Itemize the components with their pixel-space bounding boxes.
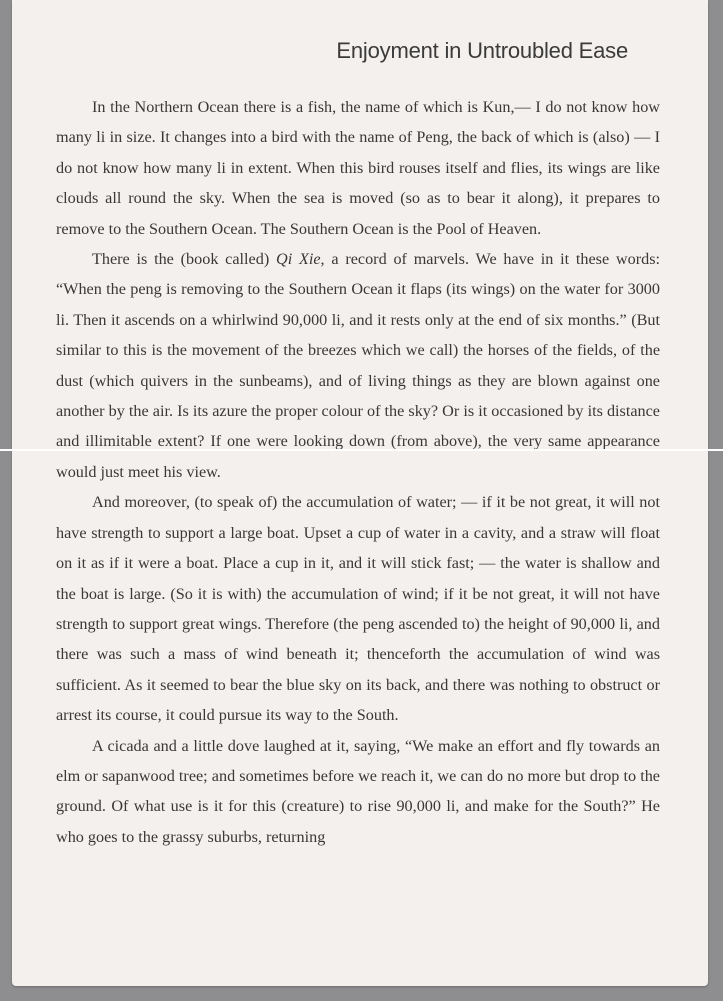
body-text: In the Northern Ocean there is a fish, t…: [56, 92, 660, 852]
paragraph-4: A cicada and a little dove laughed at it…: [56, 731, 660, 853]
paragraph-3: And moreover, (to speak of) the accumula…: [56, 487, 660, 730]
page-title: Enjoyment in Untroubled Ease: [336, 38, 628, 64]
paragraph-2-rest: , a record of marvels. We have in it the…: [56, 250, 660, 481]
document-page: Enjoyment in Untroubled Ease In the Nort…: [12, 0, 708, 986]
paragraph-1: In the Northern Ocean there is a fish, t…: [56, 92, 660, 244]
scan-line-divider: [0, 449, 723, 451]
book-title: Qi Xie: [276, 250, 321, 268]
paragraph-2-intro: There is the (book called): [92, 250, 276, 268]
